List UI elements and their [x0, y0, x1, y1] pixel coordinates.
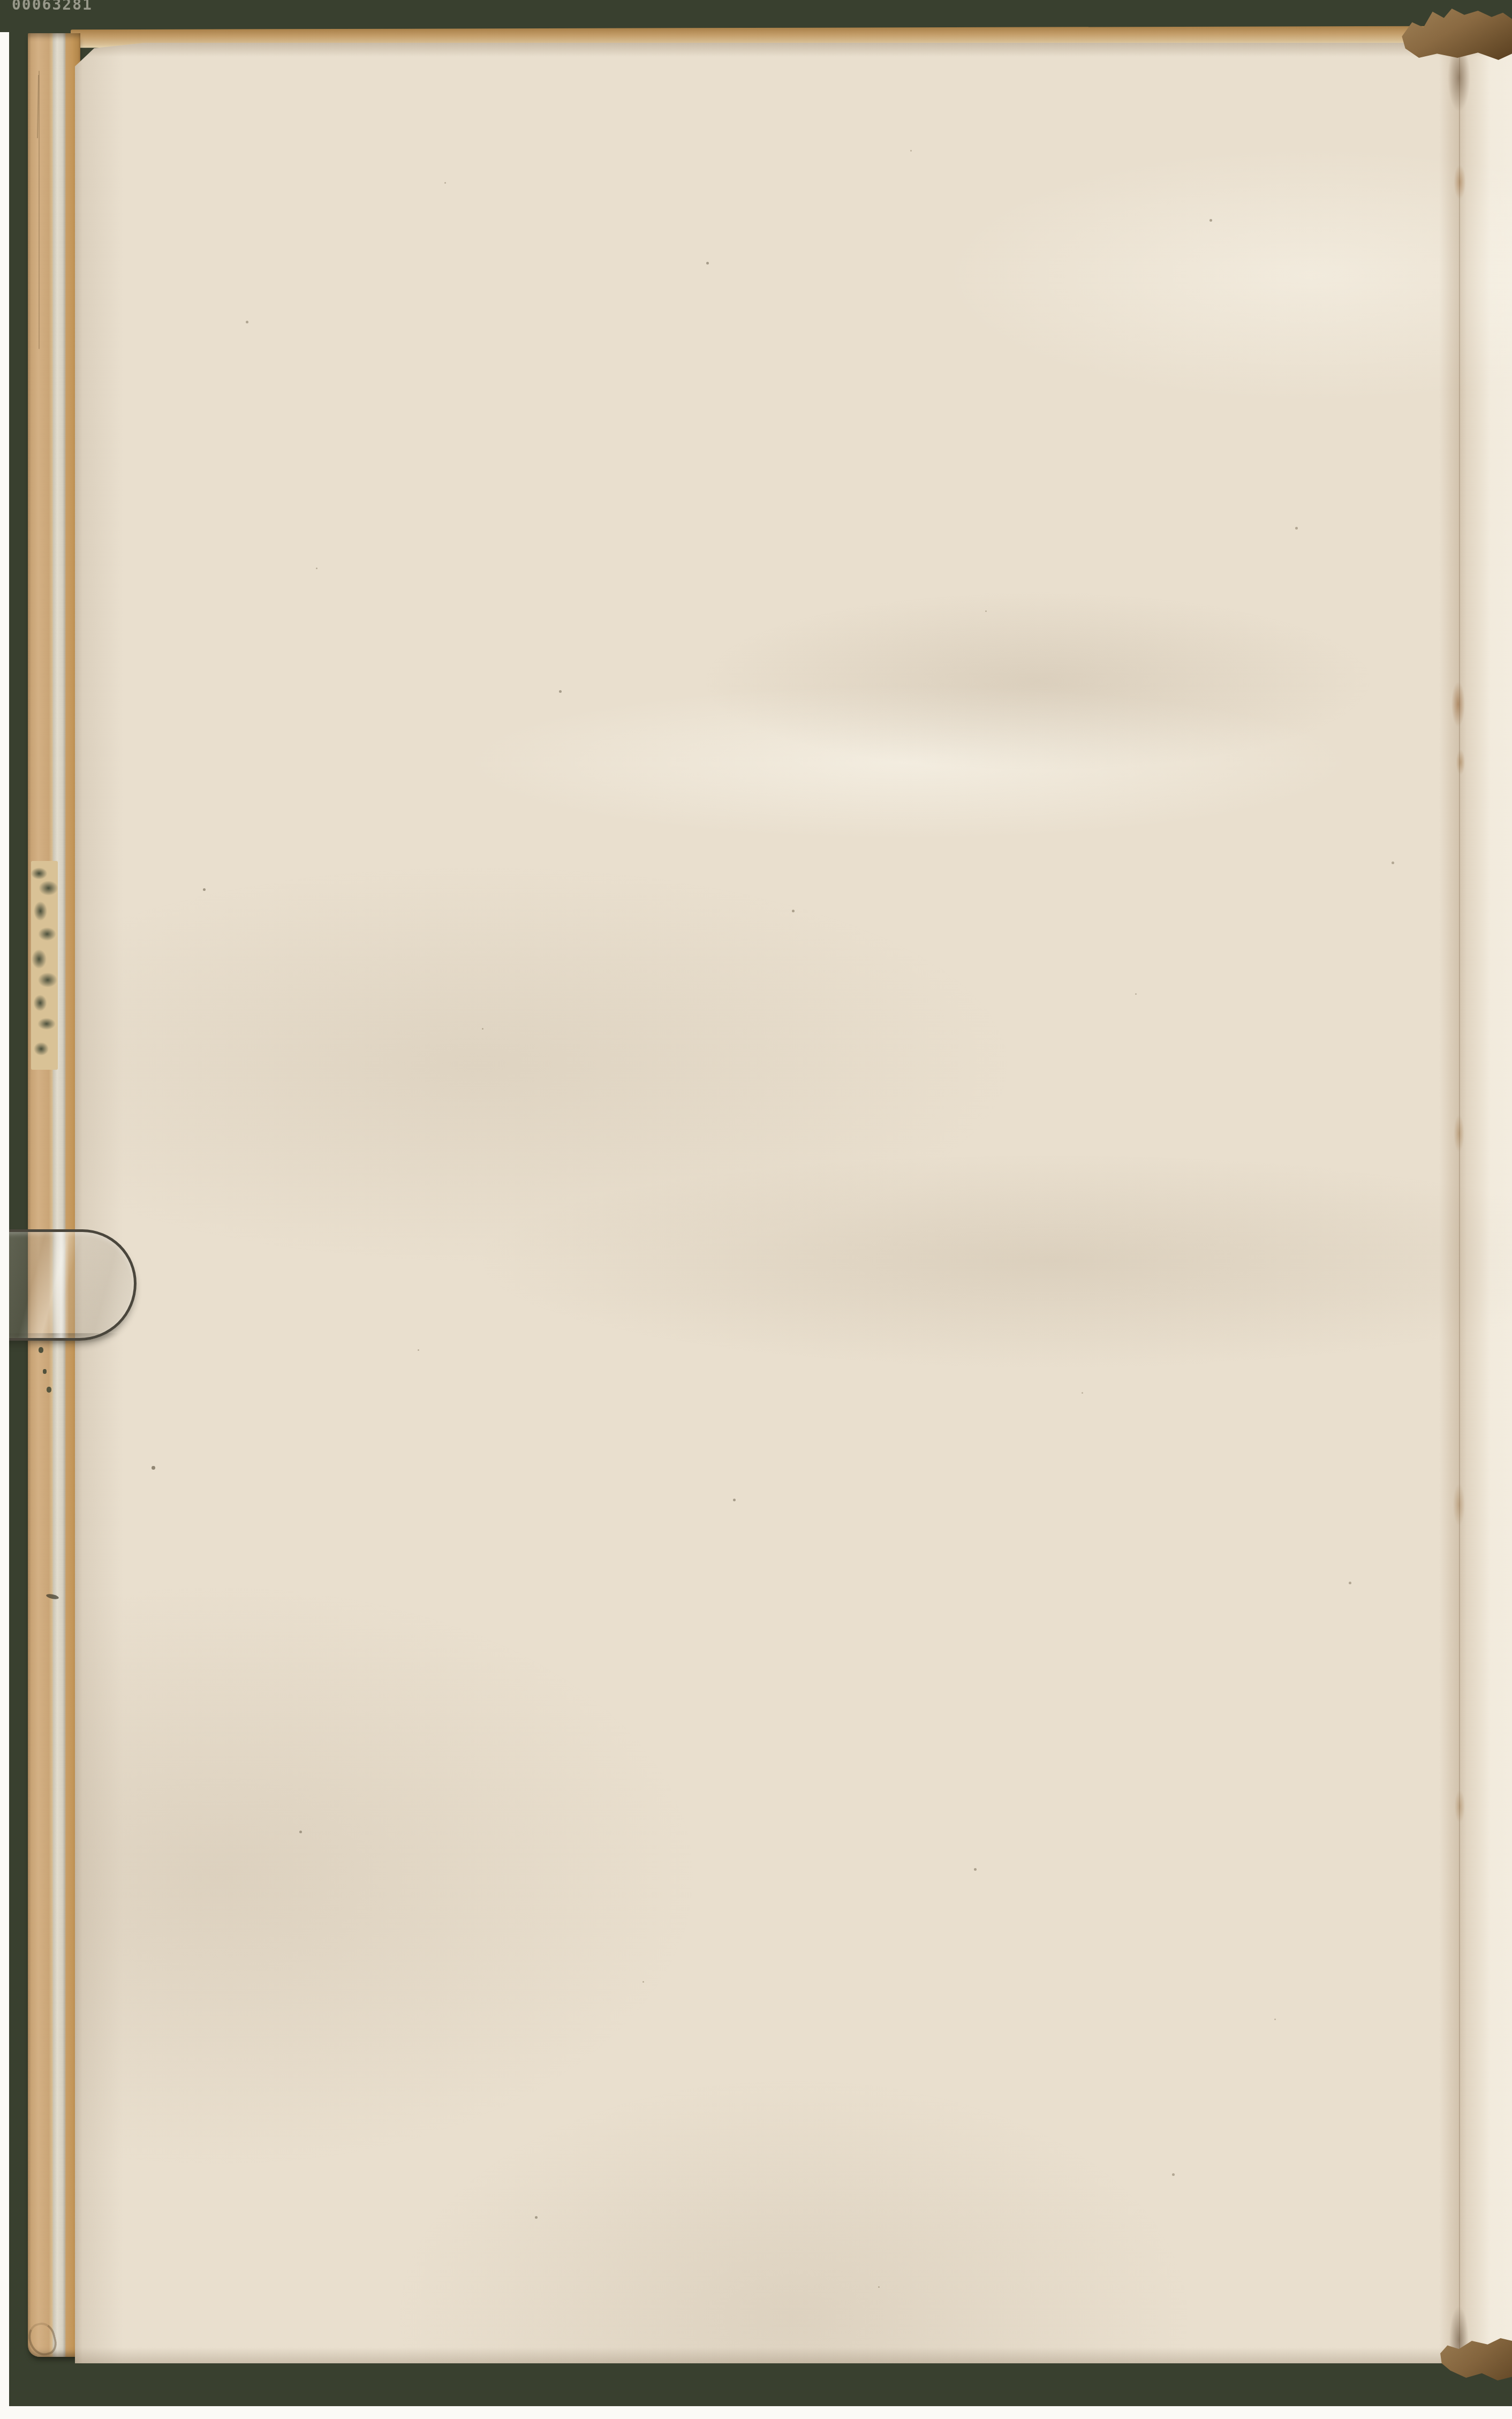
- paper-speckles: [75, 43, 77, 44]
- gutter-crease: [1439, 43, 1479, 2363]
- printed-fragment: [31, 861, 58, 1070]
- spine-leather-top: [1398, 7, 1512, 60]
- fore-edge-stack: [28, 33, 80, 2357]
- scan-margin-left: [0, 32, 9, 2419]
- book-scan-scene: 00063281: [0, 0, 1512, 2419]
- scan-margin-bottom: [0, 2406, 1512, 2419]
- page-clip-highlight: [54, 1232, 69, 1338]
- blank-book-page: [75, 43, 1512, 2363]
- facing-page-strip: [1479, 43, 1512, 2363]
- scanner-id-label: 00063281: [12, 0, 93, 13]
- page-holder-clip: [0, 1229, 137, 1341]
